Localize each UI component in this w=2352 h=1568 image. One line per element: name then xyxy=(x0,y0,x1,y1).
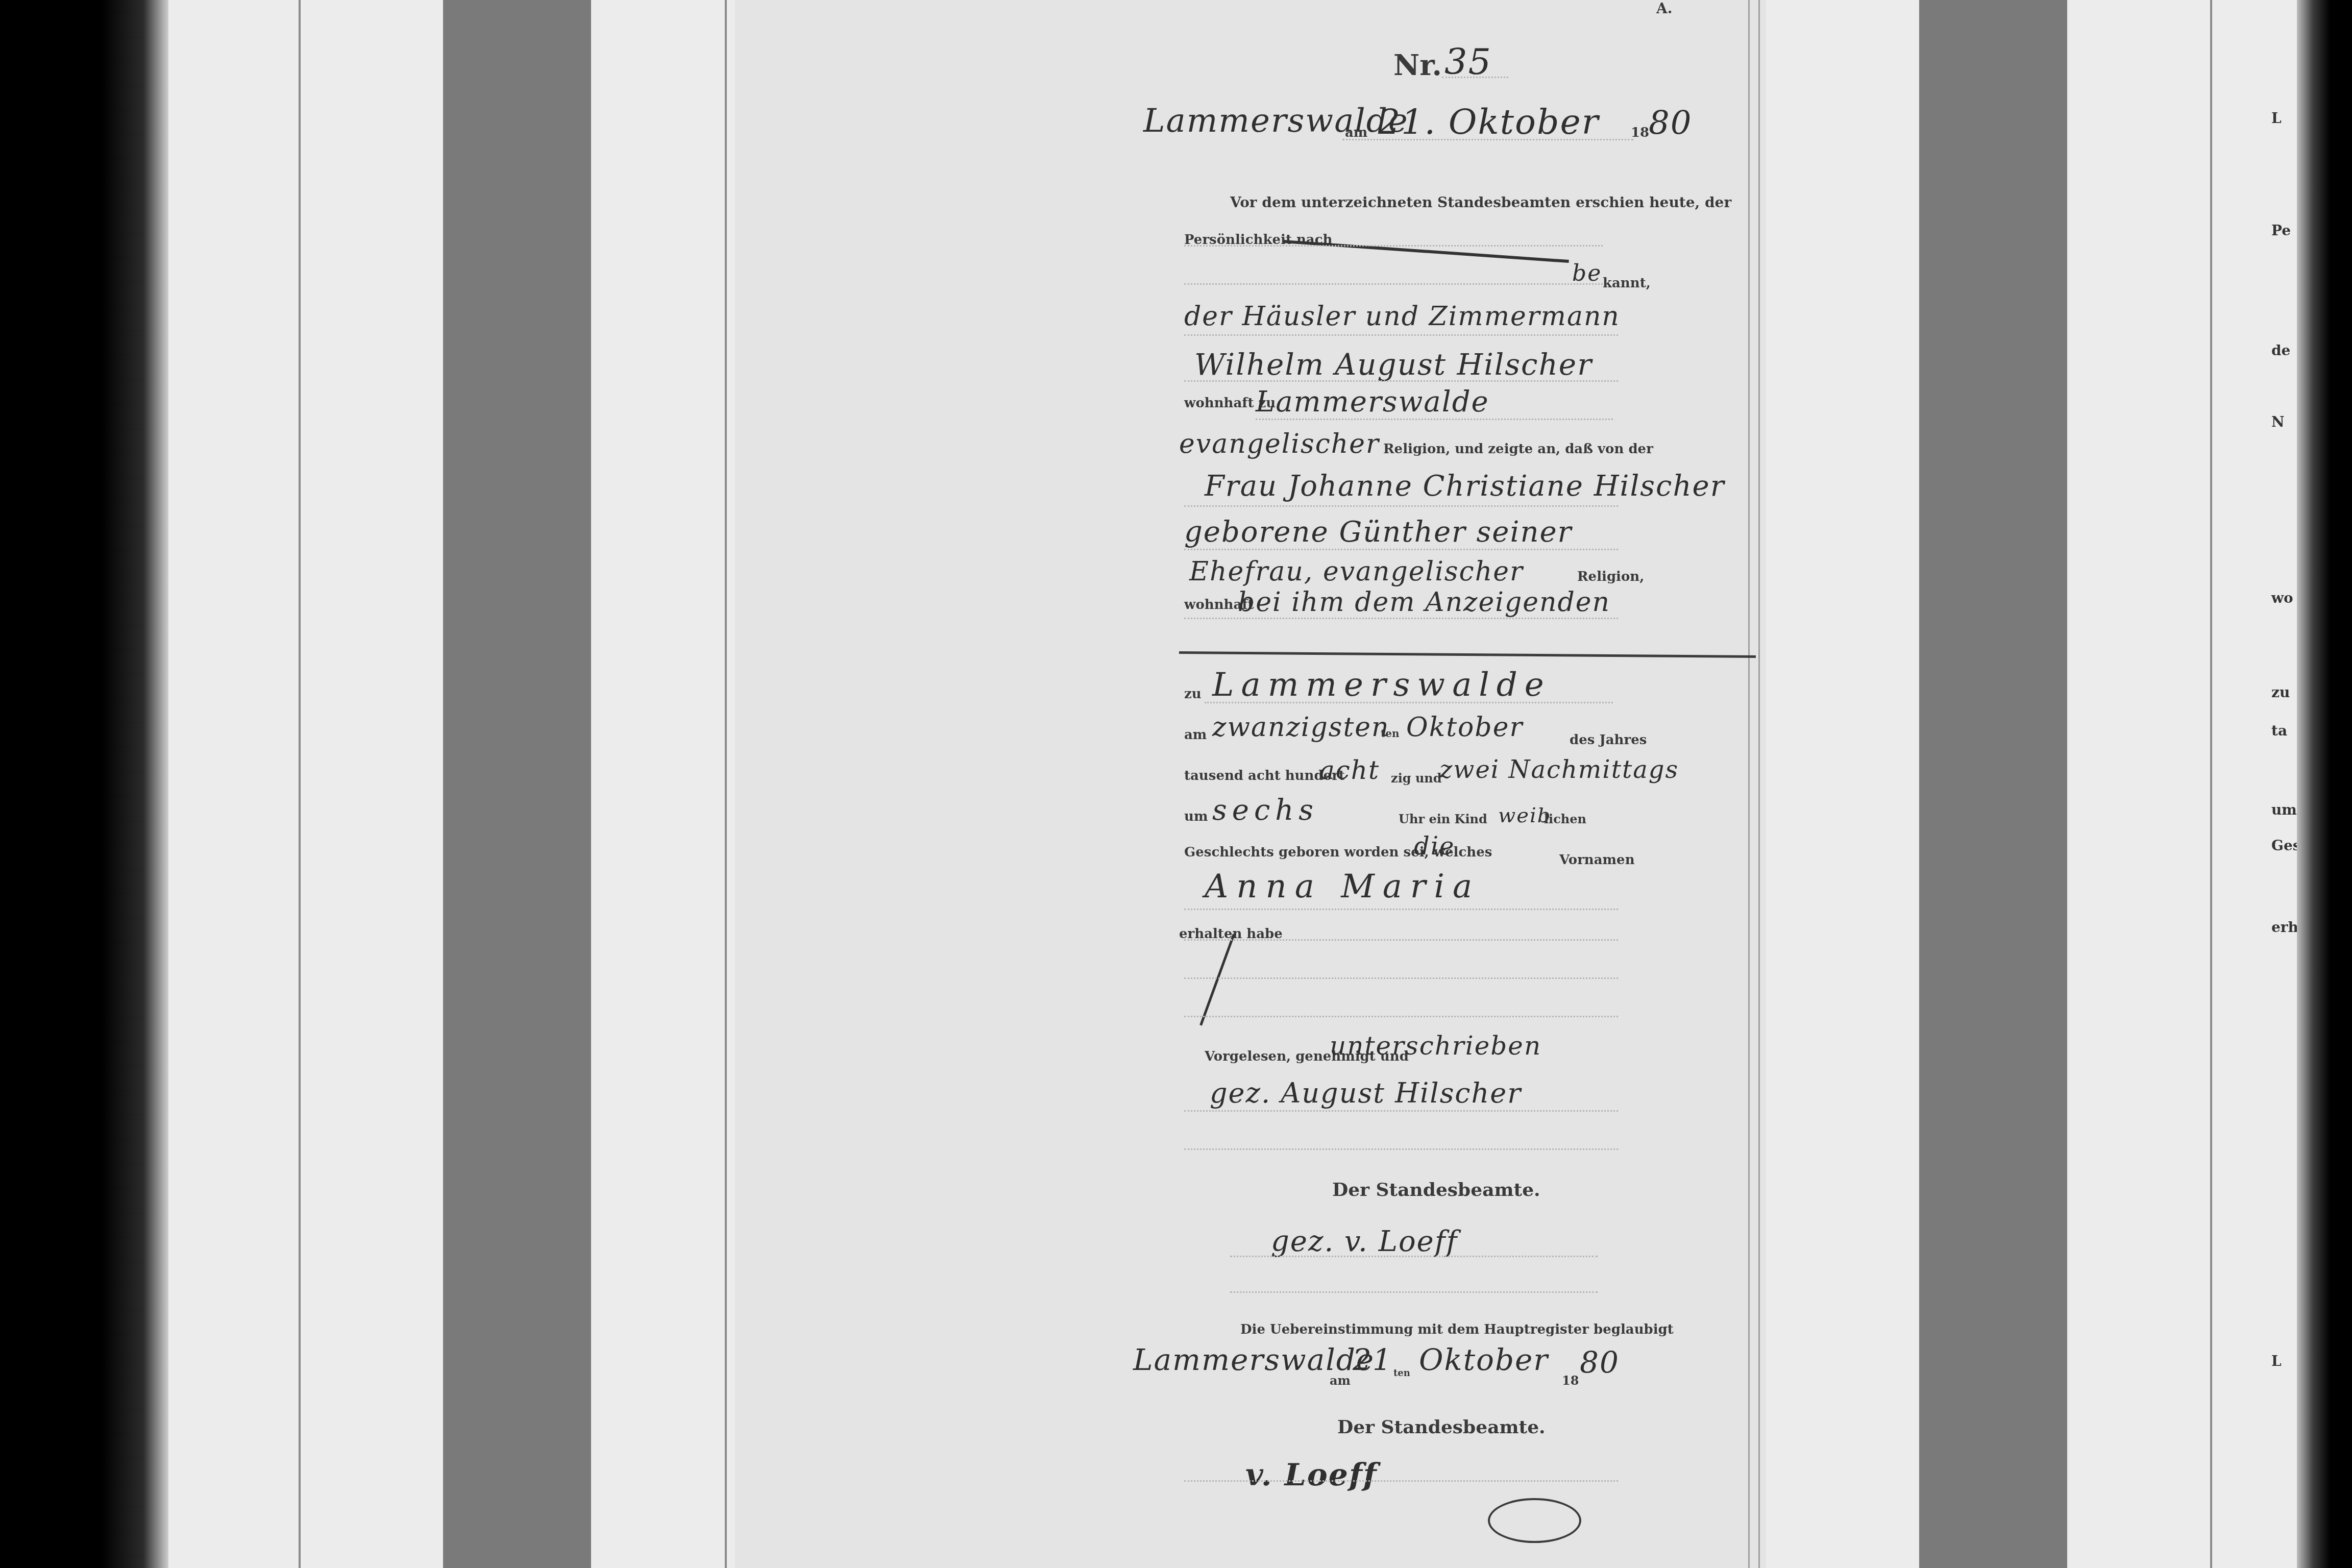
cert-month: Oktober xyxy=(1419,1342,1549,1377)
registrar-title-2: Der Standesbeamte. xyxy=(1337,1416,1546,1438)
mother-residence: bei ihm dem Anzeigenden xyxy=(1238,587,1610,618)
cert-place: Lammerswalde xyxy=(1133,1342,1375,1377)
corner-mark: A. xyxy=(1656,0,1672,17)
register-page: A. Nr. 35 Lammerswalde am 21. Oktober 18… xyxy=(735,0,1766,1568)
separator-band-right xyxy=(1919,0,2067,1568)
birth-place: Lammerswalde xyxy=(1212,666,1551,704)
approval-value: unterschrieben xyxy=(1330,1031,1541,1061)
informant-signature: gez. August Hilscher xyxy=(1210,1077,1522,1109)
header-place: Lammerswalde xyxy=(1143,102,1409,140)
informant-religion: evangelischer xyxy=(1179,429,1380,459)
registrar-signature-2: v. Loeff xyxy=(1245,1457,1378,1493)
page-ruling xyxy=(1758,0,1760,1568)
page-margin-right xyxy=(1766,0,1919,1568)
cert-day: 21 xyxy=(1353,1342,1392,1377)
birth-time-of-day: zwei Nachmittags xyxy=(1439,755,1679,784)
film-border-right xyxy=(2297,0,2352,1568)
header-year: 80 xyxy=(1649,105,1692,142)
record-number-label: Nr. xyxy=(1393,48,1442,82)
mother-religion: Ehefrau, evangelischer xyxy=(1189,556,1524,587)
seal-outline xyxy=(1488,1498,1581,1543)
blank-page-left xyxy=(168,0,444,1568)
separator-band-left xyxy=(443,0,591,1568)
birth-day: zwanzigsten xyxy=(1212,712,1390,743)
registrar-signature: gez. v. Loeff xyxy=(1271,1225,1458,1258)
page-ruling xyxy=(1748,0,1750,1568)
header-date: 21. Oktober xyxy=(1378,102,1599,142)
mother-name: Frau Johanne Christiane Hilscher xyxy=(1205,470,1725,503)
page-edge xyxy=(2210,0,2212,1568)
informant-residence: Lammerswalde xyxy=(1256,385,1489,419)
registrar-title: Der Standesbeamte. xyxy=(1332,1179,1540,1200)
informant-name: Wilhelm August Hilscher xyxy=(1194,347,1592,382)
page-edge xyxy=(299,0,301,1568)
birth-hour: sechs xyxy=(1212,794,1318,827)
page-margin-left xyxy=(591,0,739,1568)
page-edge xyxy=(725,0,727,1568)
mother-maiden-name: geborene Günther seiner xyxy=(1184,516,1572,549)
birth-month: Oktober xyxy=(1406,712,1523,743)
intro-text: Vor dem unterzeichneten Standesbeamten e… xyxy=(1230,194,1731,211)
film-border-left xyxy=(0,0,168,1568)
informant-occupation: der Häusler und Zimmermann xyxy=(1184,301,1620,332)
birth-year-decade: acht xyxy=(1319,755,1380,785)
child-sex: weib xyxy=(1498,804,1551,827)
cert-year: 80 xyxy=(1580,1345,1620,1380)
certification-text: Die Uebereinstimmung mit dem Hauptregist… xyxy=(1240,1322,1674,1337)
child-names: Anna Maria xyxy=(1205,868,1480,905)
